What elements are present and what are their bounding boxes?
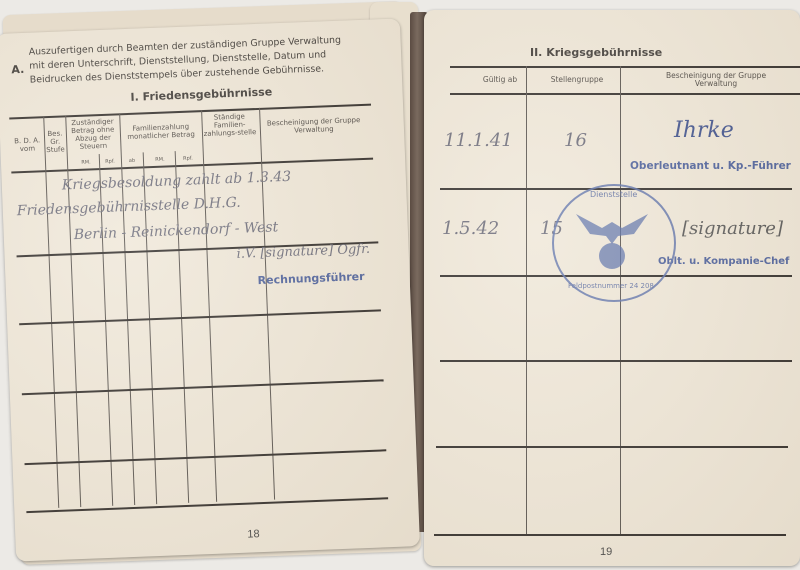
section-title-kriegsgebuehrnisse: II. Kriegsgebührnisse <box>530 46 662 59</box>
row-rule <box>436 446 788 448</box>
col-rule <box>65 115 81 507</box>
section-title-friedensgebuehrnisse: I. Friedensgebührnisse <box>130 85 272 103</box>
sub-header-ab: ab <box>123 156 141 165</box>
col-header-bes: Bes. Gr. Stufe <box>44 129 67 154</box>
stamp-rechnungsfuehrer: Rechnungsführer <box>257 270 364 287</box>
col-rule <box>259 108 275 500</box>
row-2-signature: [signature] <box>682 218 783 239</box>
header-bottom-rule <box>450 93 800 95</box>
row-1-stamp-title: Oberleutnant u. Kp.-Führer <box>630 160 791 172</box>
row-2-stamp-title: Oblt. u. Kompanie-Chef <box>658 256 789 267</box>
stamp-top-text: Dienststelle <box>590 190 637 199</box>
col-rule <box>43 116 59 508</box>
page-number-right: 19 <box>600 546 612 558</box>
col-header-bda: B. D. A.vom <box>10 136 45 153</box>
round-service-stamp: Dienststelle Feldpostnummer 24 208 <box>552 184 676 302</box>
handwritten-signature: i.V. [signature] Ogfr. <box>236 242 370 262</box>
row-1-stellengruppe: 16 <box>564 130 587 151</box>
row-1-signature: Ihrke <box>674 118 734 143</box>
stamp-bottom-text: Feldpostnummer 24 208 <box>568 282 654 290</box>
right-page: II. Kriegsgebührnisse Gültig ab Stelleng… <box>424 10 800 566</box>
col-rule <box>526 66 527 536</box>
handwritten-line-3: Berlin - Reinickendorf - West <box>73 219 278 243</box>
handwritten-line-2: Friedensgebührnisstelle D.H.G. <box>17 195 241 220</box>
sub-header-rm-2: RM. <box>149 155 171 164</box>
col-rule <box>119 113 135 505</box>
col-header-familien: Familienzahlung monatlicher Betrag <box>120 122 203 141</box>
col-header-bescheinigung: Bescheinigung der Gruppe Verwaltung <box>656 72 776 88</box>
row-rule <box>440 360 792 362</box>
instruction-marker: A. <box>11 63 24 76</box>
header-top-rule <box>450 66 800 68</box>
sub-header-rpf-2: Rpf. <box>177 154 199 163</box>
row-rule <box>434 534 786 536</box>
row-2-gueltig-ab: 1.5.42 <box>442 218 499 239</box>
col-header-stellengruppe: Stellengruppe <box>534 76 620 84</box>
row-1-gueltig-ab: 11.1.41 <box>444 130 513 151</box>
sub-header-rpf: Rpf. <box>99 157 121 166</box>
col-header-staendige: Ständige Familien-zahlungs-stelle <box>201 112 258 138</box>
col-header-bescheinigung: Bescheinigung der Gruppe Verwaltung <box>262 116 367 136</box>
left-page: A. Auszufertigen durch Beamten der zustä… <box>0 18 420 561</box>
col-rule <box>201 110 217 502</box>
col-header-zustaendig: Zuständiger Betrag ohne Abzug der Steuer… <box>65 117 120 151</box>
eagle-emblem-icon <box>572 204 652 274</box>
sub-header-rm: RM. <box>75 158 97 167</box>
page-number-left: 18 <box>247 528 260 540</box>
